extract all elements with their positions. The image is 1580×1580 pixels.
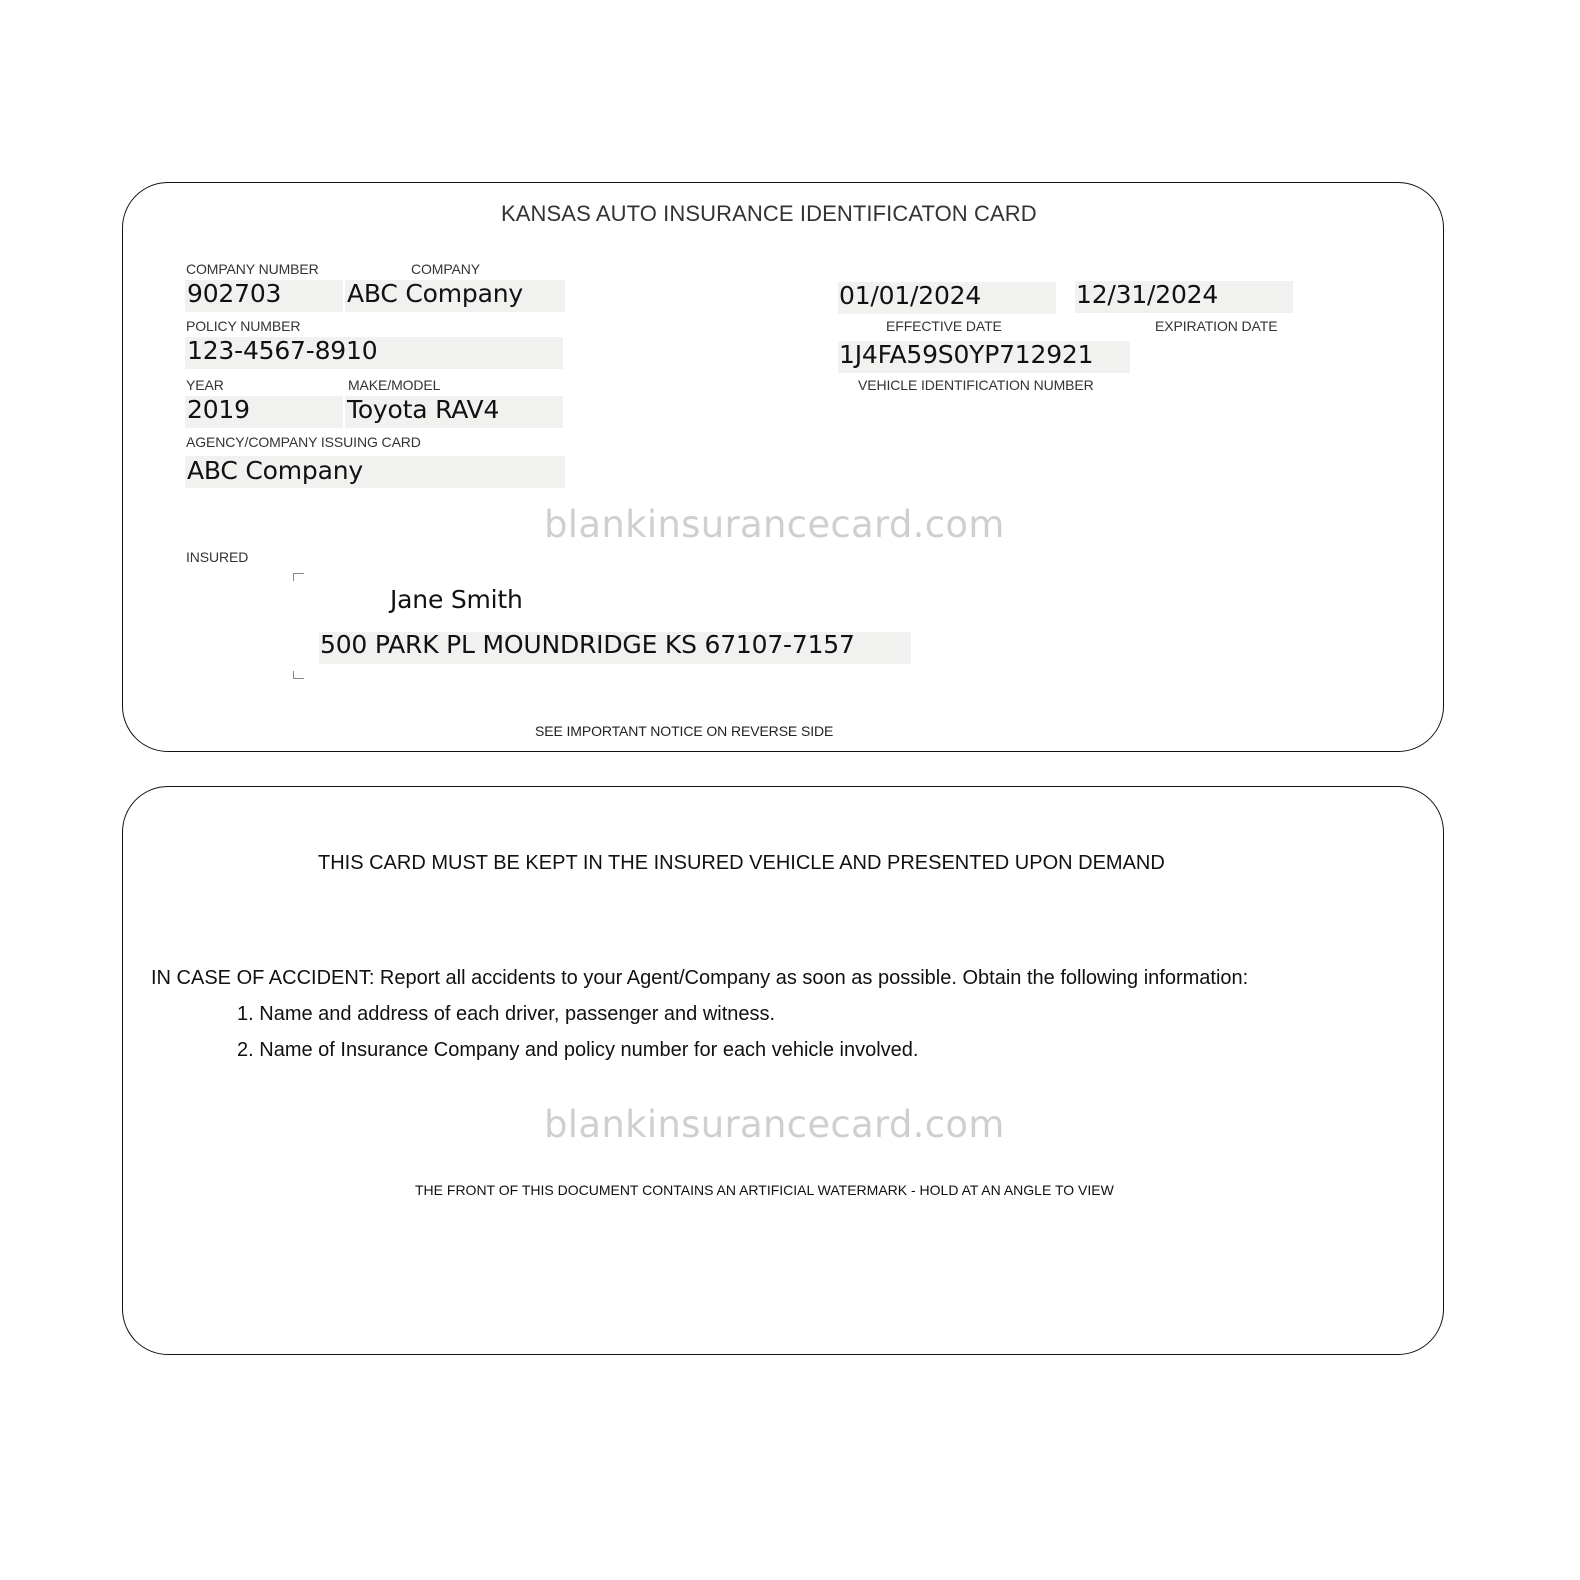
watermark: blankinsurancecard.com <box>544 1103 1005 1146</box>
issuing-agency-value: ABC Company <box>187 456 363 485</box>
company-value: ABC Company <box>347 279 523 308</box>
instruction-item-1: 1. Name and address of each driver, pass… <box>237 1003 775 1026</box>
card-title: KANSAS AUTO INSURANCE IDENTIFICATON CARD <box>501 201 1037 227</box>
reverse-side-notice: SEE IMPORTANT NOTICE ON REVERSE SIDE <box>535 723 833 739</box>
effective-date-value: 01/01/2024 <box>839 281 981 310</box>
insured-label: INSURED <box>186 549 248 565</box>
company-label: COMPANY <box>411 261 480 277</box>
watermark-notice: THE FRONT OF THIS DOCUMENT CONTAINS AN A… <box>415 1182 1114 1198</box>
policy-number-value: 123-4567-8910 <box>187 336 377 365</box>
insured-name: Jane Smith <box>390 585 523 614</box>
keep-in-vehicle-notice: THIS CARD MUST BE KEPT IN THE INSURED VE… <box>318 852 1165 875</box>
item-text: Name and address of each driver, passeng… <box>259 1003 775 1025</box>
company-number-value: 902703 <box>187 279 281 308</box>
insurance-card-front: KANSAS AUTO INSURANCE IDENTIFICATON CARD… <box>122 182 1444 752</box>
effective-date-label: EFFECTIVE DATE <box>886 318 1002 334</box>
item-number: 2. <box>237 1039 254 1061</box>
issuing-agency-label: AGENCY/COMPANY ISSUING CARD <box>186 434 421 450</box>
accident-instructions: IN CASE OF ACCIDENT: Report all accident… <box>151 967 1248 990</box>
make-model-label: MAKE/MODEL <box>348 377 440 393</box>
item-number: 1. <box>237 1003 254 1025</box>
address-window-corner-bottom-icon <box>293 671 304 679</box>
year-value: 2019 <box>187 395 250 424</box>
insurance-card-back: THIS CARD MUST BE KEPT IN THE INSURED VE… <box>122 786 1444 1355</box>
company-number-label: COMPANY NUMBER <box>186 261 319 277</box>
vin-value: 1J4FA59S0YP712921 <box>839 340 1093 369</box>
year-label: YEAR <box>186 377 224 393</box>
address-window-corner-top-icon <box>293 573 304 581</box>
item-text: Name of Insurance Company and policy num… <box>259 1039 918 1061</box>
insured-address: 500 PARK PL MOUNDRIDGE KS 67107-7157 <box>320 630 855 659</box>
make-model-value: Toyota RAV4 <box>347 395 499 424</box>
policy-number-label: POLICY NUMBER <box>186 318 300 334</box>
watermark: blankinsurancecard.com <box>544 503 1005 546</box>
expiration-date-label: EXPIRATION DATE <box>1155 318 1277 334</box>
instruction-item-2: 2. Name of Insurance Company and policy … <box>237 1039 919 1062</box>
expiration-date-value: 12/31/2024 <box>1076 280 1218 309</box>
vin-label: VEHICLE IDENTIFICATION NUMBER <box>858 377 1094 393</box>
